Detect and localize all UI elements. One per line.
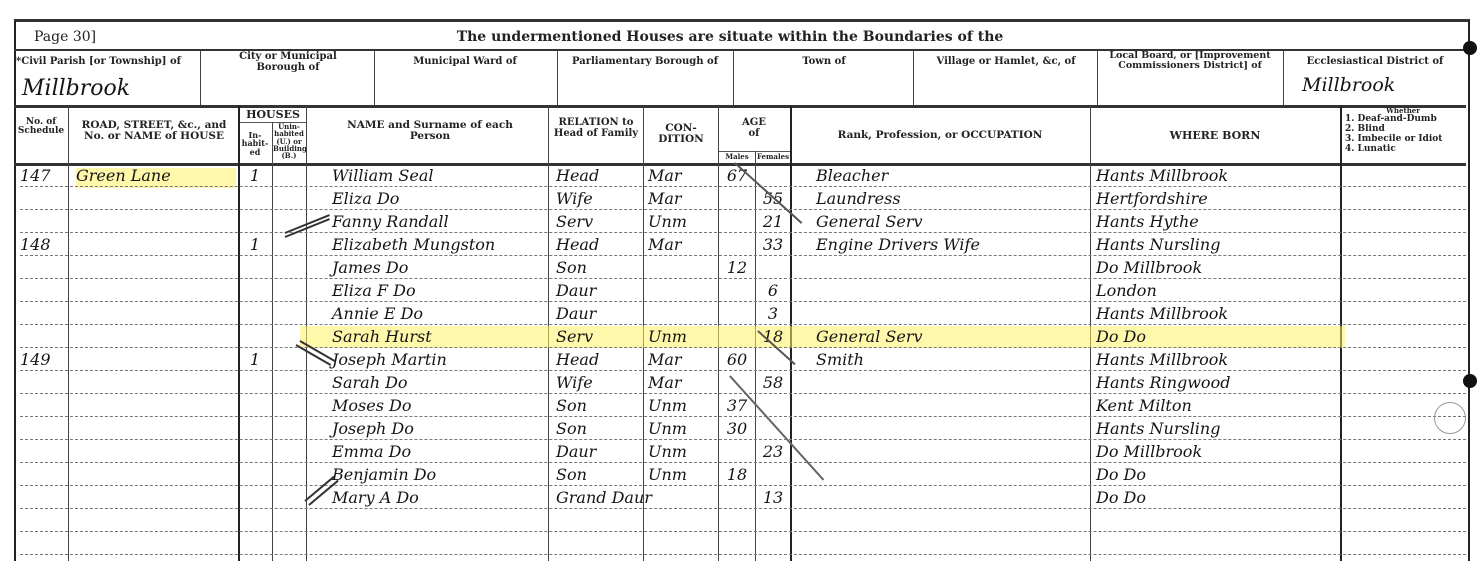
binding-hole-top <box>1463 41 1477 55</box>
where-born: London <box>1096 281 1338 300</box>
relation: Wife <box>556 189 642 208</box>
where-born: Do Do <box>1096 488 1338 507</box>
where-born: Hants Millbrook <box>1096 304 1338 323</box>
condition: Unm <box>648 442 716 461</box>
person-name: William Seal <box>332 166 546 185</box>
divider <box>14 105 1466 108</box>
condition: Unm <box>648 327 716 346</box>
page-label: Page 30] <box>34 30 96 45</box>
row-rule <box>20 324 1466 325</box>
parliamentary-borough-label: Parliamentary Borough of <box>560 57 730 68</box>
where-born: Hants Nursling <box>1096 419 1338 438</box>
where-born: Hants Millbrook <box>1096 166 1338 185</box>
road-name: Green Lane <box>76 166 236 185</box>
col-name: NAME and Surname of each Person <box>340 120 520 142</box>
condition: Mar <box>648 189 716 208</box>
male-age: 12 <box>720 258 754 277</box>
row-rule <box>20 416 1466 417</box>
female-age: 13 <box>757 488 789 507</box>
ecclesiastical-value: Millbrook <box>1302 74 1395 96</box>
condition: Mar <box>648 235 716 254</box>
col-houses: HOUSES <box>240 109 306 121</box>
person-name: Moses Do <box>332 396 546 415</box>
relation: Head <box>556 350 642 369</box>
row-rule <box>20 554 1466 555</box>
relation: Daur <box>556 442 642 461</box>
divider <box>733 50 734 105</box>
col-divider <box>755 151 756 561</box>
village-label: Village or Hamlet, &c, of <box>916 57 1096 68</box>
row-rule <box>20 370 1466 371</box>
row-rule <box>20 485 1466 486</box>
relation: Daur <box>556 281 642 300</box>
col-inhabited: In-habit-ed <box>240 131 270 156</box>
condition: Mar <box>648 166 716 185</box>
female-age: 6 <box>757 281 789 300</box>
condition: Unm <box>648 396 716 415</box>
person-name: Emma Do <box>332 442 546 461</box>
relation: Head <box>556 166 642 185</box>
where-born: Hertfordshire <box>1096 189 1338 208</box>
col-divider <box>68 106 69 561</box>
where-born: Hants Hythe <box>1096 212 1338 231</box>
where-born: Do Millbrook <box>1096 258 1338 277</box>
row-rule <box>20 531 1466 532</box>
relation: Son <box>556 258 642 277</box>
civil-parish-label: *Civil Parish [or Township] of <box>16 57 200 68</box>
town-label: Town of <box>736 57 912 68</box>
occupation: Engine Drivers Wife <box>816 235 1086 254</box>
divider <box>913 50 914 105</box>
relation: Wife <box>556 373 642 392</box>
col-age: AGE of <box>736 118 772 139</box>
inhabited-count: 1 <box>240 350 270 369</box>
col-divider <box>272 122 273 561</box>
female-age: 3 <box>757 304 789 323</box>
banner-title: The undermentioned Houses are situate wi… <box>380 30 1080 45</box>
city-borough-label: City or Municipal Borough of <box>215 52 361 73</box>
relation: Grand Daur <box>556 488 642 507</box>
relation: Daur <box>556 304 642 323</box>
row-rule <box>20 439 1466 440</box>
male-age: 18 <box>720 465 754 484</box>
person-name: Sarah Hurst <box>332 327 546 346</box>
row-rule <box>20 508 1466 509</box>
condition: Unm <box>648 419 716 438</box>
where-born: Do Do <box>1096 327 1338 346</box>
person-name: Mary A Do <box>332 488 546 507</box>
where-born: Do Do <box>1096 465 1338 484</box>
col-uninhabited: Unin-habited (U.) or Building (B.) <box>273 123 305 160</box>
divider <box>1283 50 1284 105</box>
municipal-ward-label: Municipal Ward of <box>380 57 550 68</box>
occupation: Laundress <box>816 189 1086 208</box>
person-name: Benjamin Do <box>332 465 546 484</box>
person-name: Annie E Do <box>332 304 546 323</box>
col-condition: CON-DITION <box>648 123 714 145</box>
row-rule <box>20 347 1466 348</box>
person-name: Fanny Randall <box>332 212 546 231</box>
where-born: Hants Millbrook <box>1096 350 1338 369</box>
relation: Head <box>556 235 642 254</box>
divider <box>1097 50 1098 105</box>
inhabited-count: 1 <box>240 235 270 254</box>
divider <box>557 50 558 105</box>
local-board-label: Local Board, or [Improvement Commissione… <box>1100 51 1280 71</box>
col-road: ROAD, STREET, &c., and No. or NAME of HO… <box>72 120 236 142</box>
condition: Mar <box>648 350 716 369</box>
condition: Mar <box>648 373 716 392</box>
row-rule <box>20 301 1466 302</box>
relation: Serv <box>556 327 642 346</box>
row-rule <box>20 462 1466 463</box>
stamp-circle <box>1434 402 1466 434</box>
col-relation: RELATION to Head of Family <box>552 118 640 139</box>
row-rule <box>20 209 1466 210</box>
male-age: 30 <box>720 419 754 438</box>
col-schedule: No. of Schedule <box>16 118 66 137</box>
row-rule <box>20 232 1466 233</box>
occupation: Bleacher <box>816 166 1086 185</box>
divider <box>200 50 201 105</box>
row-rule <box>20 255 1466 256</box>
col-infirmity-4: 4. Lunatic <box>1345 145 1396 154</box>
person-name: Sarah Do <box>332 373 546 392</box>
row-rule <box>20 393 1466 394</box>
schedule-number: 147 <box>20 166 66 185</box>
female-age: 58 <box>757 373 789 392</box>
female-age: 33 <box>757 235 789 254</box>
relation: Son <box>556 419 642 438</box>
person-name: Joseph Do <box>332 419 546 438</box>
row-rule <box>20 186 1466 187</box>
person-name: Eliza F Do <box>332 281 546 300</box>
where-born: Do Millbrook <box>1096 442 1338 461</box>
where-born: Hants Nursling <box>1096 235 1338 254</box>
col-where-born: WHERE BORN <box>1095 130 1335 142</box>
female-age: 23 <box>757 442 789 461</box>
person-name: Eliza Do <box>332 189 546 208</box>
occupation: General Serv <box>816 212 1086 231</box>
col-males: Males <box>719 153 755 160</box>
schedule-number: 149 <box>20 350 66 369</box>
relation: Son <box>556 396 642 415</box>
where-born: Hants Ringwood <box>1096 373 1338 392</box>
schedule-number: 148 <box>20 235 66 254</box>
divider <box>374 50 375 105</box>
person-name: Elizabeth Mungston <box>332 235 546 254</box>
civil-parish-value: Millbrook <box>22 76 130 101</box>
ecclesiastical-label: Ecclesiastical District of <box>1286 57 1464 68</box>
binding-hole-bottom <box>1463 374 1477 388</box>
female-age: 21 <box>757 212 789 231</box>
row-rule <box>20 278 1466 279</box>
occupation: Smith <box>816 350 1086 369</box>
male-age: 60 <box>720 350 754 369</box>
inhabited-count: 1 <box>240 166 270 185</box>
condition: Unm <box>648 212 716 231</box>
where-born: Kent Milton <box>1096 396 1338 415</box>
col-females: Females <box>756 153 790 160</box>
person-name: Joseph Martin <box>332 350 546 369</box>
condition: Unm <box>648 465 716 484</box>
relation: Son <box>556 465 642 484</box>
occupation: General Serv <box>816 327 1086 346</box>
person-name: James Do <box>332 258 546 277</box>
relation: Serv <box>556 212 642 231</box>
col-occupation: Rank, Profession, or OCCUPATION <box>800 130 1080 141</box>
